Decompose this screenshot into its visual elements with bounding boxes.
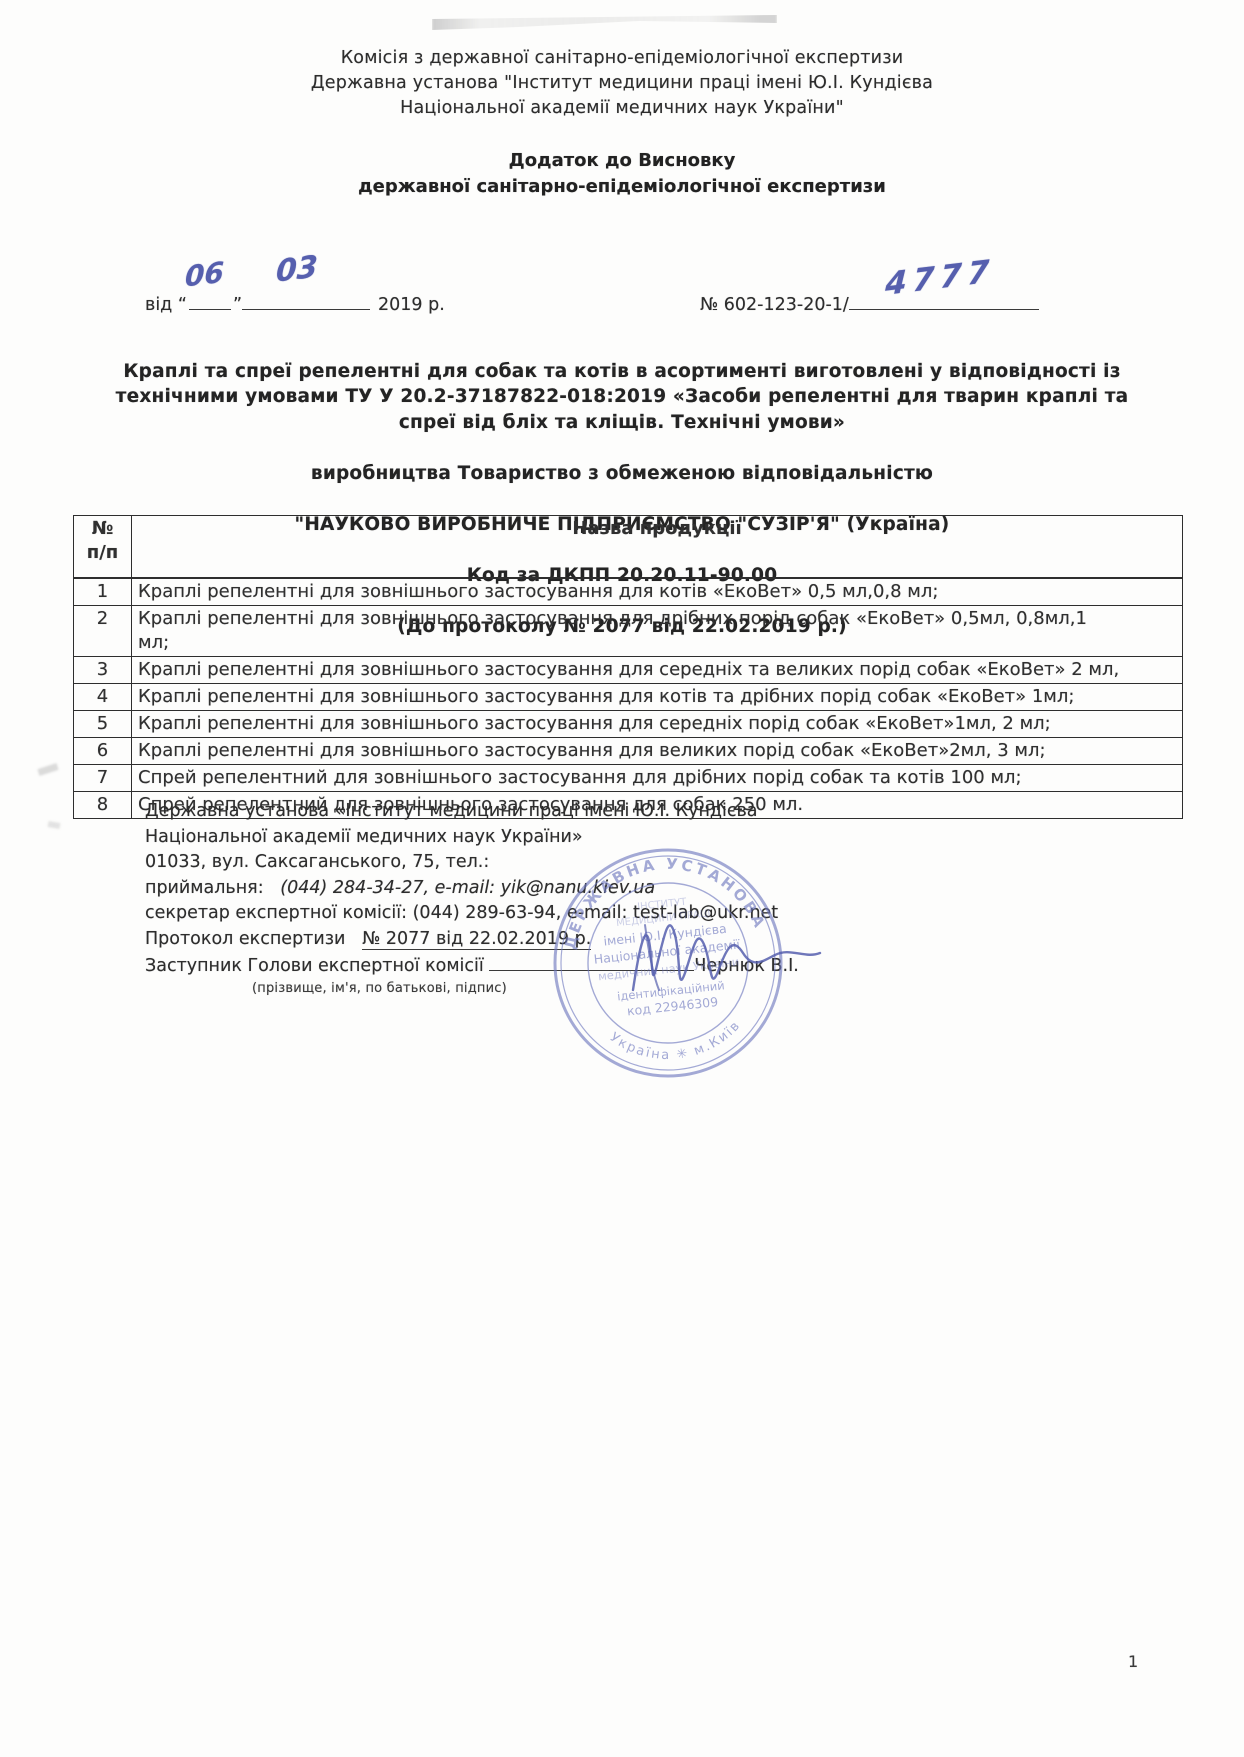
stamp-center-line7: код 22946309 [626, 994, 719, 1018]
scan-artifact-left [37, 763, 58, 776]
stamp-center-line6: ідентифікаційний [617, 978, 726, 1003]
row-number: 8 [74, 791, 132, 818]
product-name: Краплі репелентні для зовнішнього застос… [132, 578, 1183, 606]
signatory-name: Чернюк В.І. [694, 956, 798, 976]
handwritten-month: 03 [275, 249, 318, 290]
contact-address-line: 01033, вул. Саксаганського, 75, тел.: [145, 850, 778, 876]
reception-label: приймальня: [145, 878, 264, 898]
contact-reception-line: приймальня: (044) 284-34-27, e-mail: yik… [145, 876, 778, 902]
date-quote-close: ” [233, 295, 242, 315]
date-from-label: від [145, 295, 172, 315]
contact-secretary-line: секретар експертної комісії: (044) 289-6… [145, 901, 778, 927]
table-row: 7 Спрей репелентний для зовнішнього заст… [74, 764, 1183, 791]
date-line: від “06”032019 р. [145, 292, 445, 315]
protocol-label: Протокол експертизи [145, 929, 345, 949]
row-number: 4 [74, 683, 132, 710]
table-row: 1 Краплі репелентні для зовнішнього заст… [74, 578, 1183, 606]
page-number: 1 [1128, 1652, 1138, 1671]
header-academy-line: Національної академії медичних наук Укра… [0, 96, 1244, 121]
subject-manufacturer-line: виробництва Товариство з обмеженою відпо… [62, 461, 1182, 487]
signature-caption: (прізвище, ім'я, по батькові, підпис) [252, 981, 507, 996]
product-name: Краплі репелентні для зовнішнього застос… [132, 683, 1183, 710]
product-name: Краплі репелентні для зовнішнього застос… [132, 656, 1183, 683]
document-number-label: № 602-123-20-1/ [700, 295, 849, 315]
contacts-block: Державна установа «Інститут медицини пра… [145, 799, 778, 952]
product-name: Краплі репелентні для зовнішнього застос… [132, 605, 1183, 656]
table-header-row: № п/п Назва продукції [74, 516, 1183, 578]
signature-blank [489, 953, 694, 971]
reception-phone-email: (044) 284-34-27, e-mail: yik@nanu.kiev.u… [280, 878, 655, 898]
contact-institution-line: Державна установа «Інститут медицини пра… [145, 799, 778, 825]
document-title: Додаток до Висновку державної санітарно-… [0, 148, 1244, 200]
subject-product-description: Краплі та спреї репелентні для собак та … [62, 359, 1182, 436]
handwritten-number: 4777 [884, 253, 995, 303]
row-number: 6 [74, 737, 132, 764]
protocol-line: Протокол експертизи № 2077 від 22.02.201… [145, 927, 778, 953]
number-blank: 4777 [849, 292, 1039, 310]
protocol-number-date: № 2077 від 22.02.2019 р. [362, 929, 591, 950]
date-day-blank: 06 [189, 292, 231, 310]
row-number: 7 [74, 764, 132, 791]
row-number: 2 [74, 605, 132, 656]
table-row: 3 Краплі репелентні для зовнішнього заст… [74, 656, 1183, 683]
row-number: 5 [74, 710, 132, 737]
contact-academy-line: Національної академії медичних наук Укра… [145, 825, 778, 851]
signature-row: Заступник Голови експертної комісії Черн… [145, 953, 799, 976]
header-institution-line: Державна установа "Інститут медицини пра… [0, 71, 1244, 96]
signatory-role: Заступник Голови експертної комісії [145, 956, 484, 976]
handwritten-day: 06 [184, 255, 224, 293]
title-line-2: державної санітарно-епідеміологічної екс… [0, 174, 1244, 200]
row-number: 3 [74, 656, 132, 683]
products-table: № п/п Назва продукції 1 Краплі репелентн… [73, 515, 1183, 819]
table-row: 5 Краплі репелентні для зовнішнього заст… [74, 710, 1183, 737]
row-number: 1 [74, 578, 132, 606]
document-header: Комісія з державної санітарно-епідеміоло… [0, 46, 1244, 121]
date-quote-open: “ [178, 295, 187, 315]
column-header-number: № п/п [74, 516, 132, 578]
product-name: Спрей репелентний для зовнішнього застос… [132, 764, 1183, 791]
title-line-1: Додаток до Висновку [0, 148, 1244, 174]
date-month-blank: 03 [242, 292, 370, 310]
stamp-arc-bottom-text: Україна ✳ м.Київ [606, 1017, 747, 1070]
scan-artifact-top [432, 12, 777, 32]
number-line: № 602-123-20-1/4777 [700, 292, 1039, 315]
table-row: 6 Краплі репелентні для зовнішнього заст… [74, 737, 1183, 764]
header-commission-line: Комісія з державної санітарно-епідеміоло… [0, 46, 1244, 71]
scanned-document-page: Комісія з державної санітарно-епідеміоло… [0, 0, 1244, 1757]
product-name: Краплі репелентні для зовнішнього застос… [132, 737, 1183, 764]
scan-artifact-left [48, 821, 61, 829]
product-name: Краплі репелентні для зовнішнього застос… [132, 710, 1183, 737]
table-row: 4 Краплі репелентні для зовнішнього заст… [74, 683, 1183, 710]
table-row: 2 Краплі репелентні для зовнішнього заст… [74, 605, 1183, 656]
column-header-product-name: Назва продукції [132, 516, 1183, 578]
date-year-label: 2019 р. [378, 295, 445, 315]
